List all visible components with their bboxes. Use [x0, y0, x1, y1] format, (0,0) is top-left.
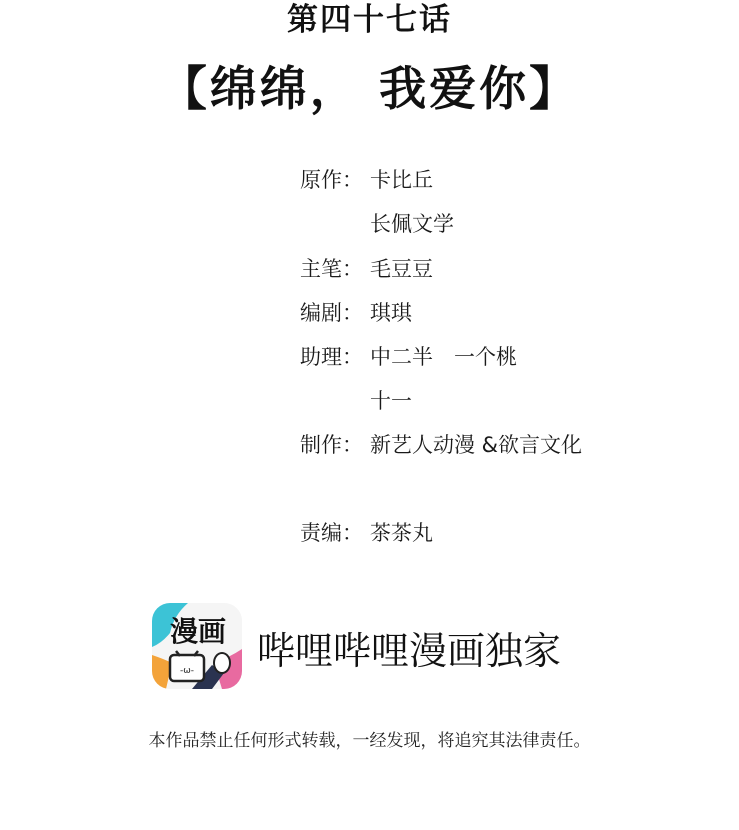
credit-row-original: 原作：卡比丘	[300, 164, 433, 194]
bilibili-comics-app-icon: 漫画 -ω-	[152, 603, 242, 689]
credit-row-assistant-2: 十一	[300, 385, 412, 415]
credit-value: 中二半 一个桃	[370, 341, 517, 371]
credit-value: 茶茶丸	[370, 517, 433, 547]
credit-row-writer: 编剧：琪琪	[300, 297, 412, 327]
credit-row-original-2: 长佩文学	[300, 208, 454, 238]
credit-value: 琪琪	[370, 297, 412, 327]
chapter-number: 第四十七话	[0, 0, 739, 39]
credit-label: 责编：	[300, 517, 370, 547]
credit-label: 原作：	[300, 164, 370, 194]
svg-text:-ω-: -ω-	[180, 666, 194, 676]
credit-label: 制作：	[300, 429, 370, 459]
credit-value: 毛豆豆	[370, 253, 433, 283]
credit-label: 主笔：	[300, 253, 370, 283]
credit-row-artist: 主笔：毛豆豆	[300, 253, 433, 283]
credit-label: 助理：	[300, 341, 370, 371]
chapter-title: 【绵绵， 我爱你】	[0, 52, 739, 119]
credit-value: 卡比丘	[370, 164, 433, 194]
credit-value: 十一	[370, 385, 412, 415]
credit-value: 新艺人动漫 &欲言文化	[370, 429, 582, 459]
brand-exclusive-label: 哔哩哔哩漫画独家	[257, 620, 561, 675]
app-icon-artwork: 漫画 -ω-	[152, 603, 242, 689]
credit-row-assistant: 助理：中二半 一个桃	[300, 341, 517, 371]
credit-row-editor: 责编：茶茶丸	[300, 517, 433, 547]
credit-row-production: 制作：新艺人动漫 &欲言文化	[300, 429, 582, 459]
copyright-notice: 本作品禁止任何形式转载，一经发现，将追究其法律责任。	[0, 726, 739, 751]
svg-text:漫画: 漫画	[170, 615, 226, 648]
credit-value: 长佩文学	[370, 208, 454, 238]
credit-label: 编剧：	[300, 297, 370, 327]
